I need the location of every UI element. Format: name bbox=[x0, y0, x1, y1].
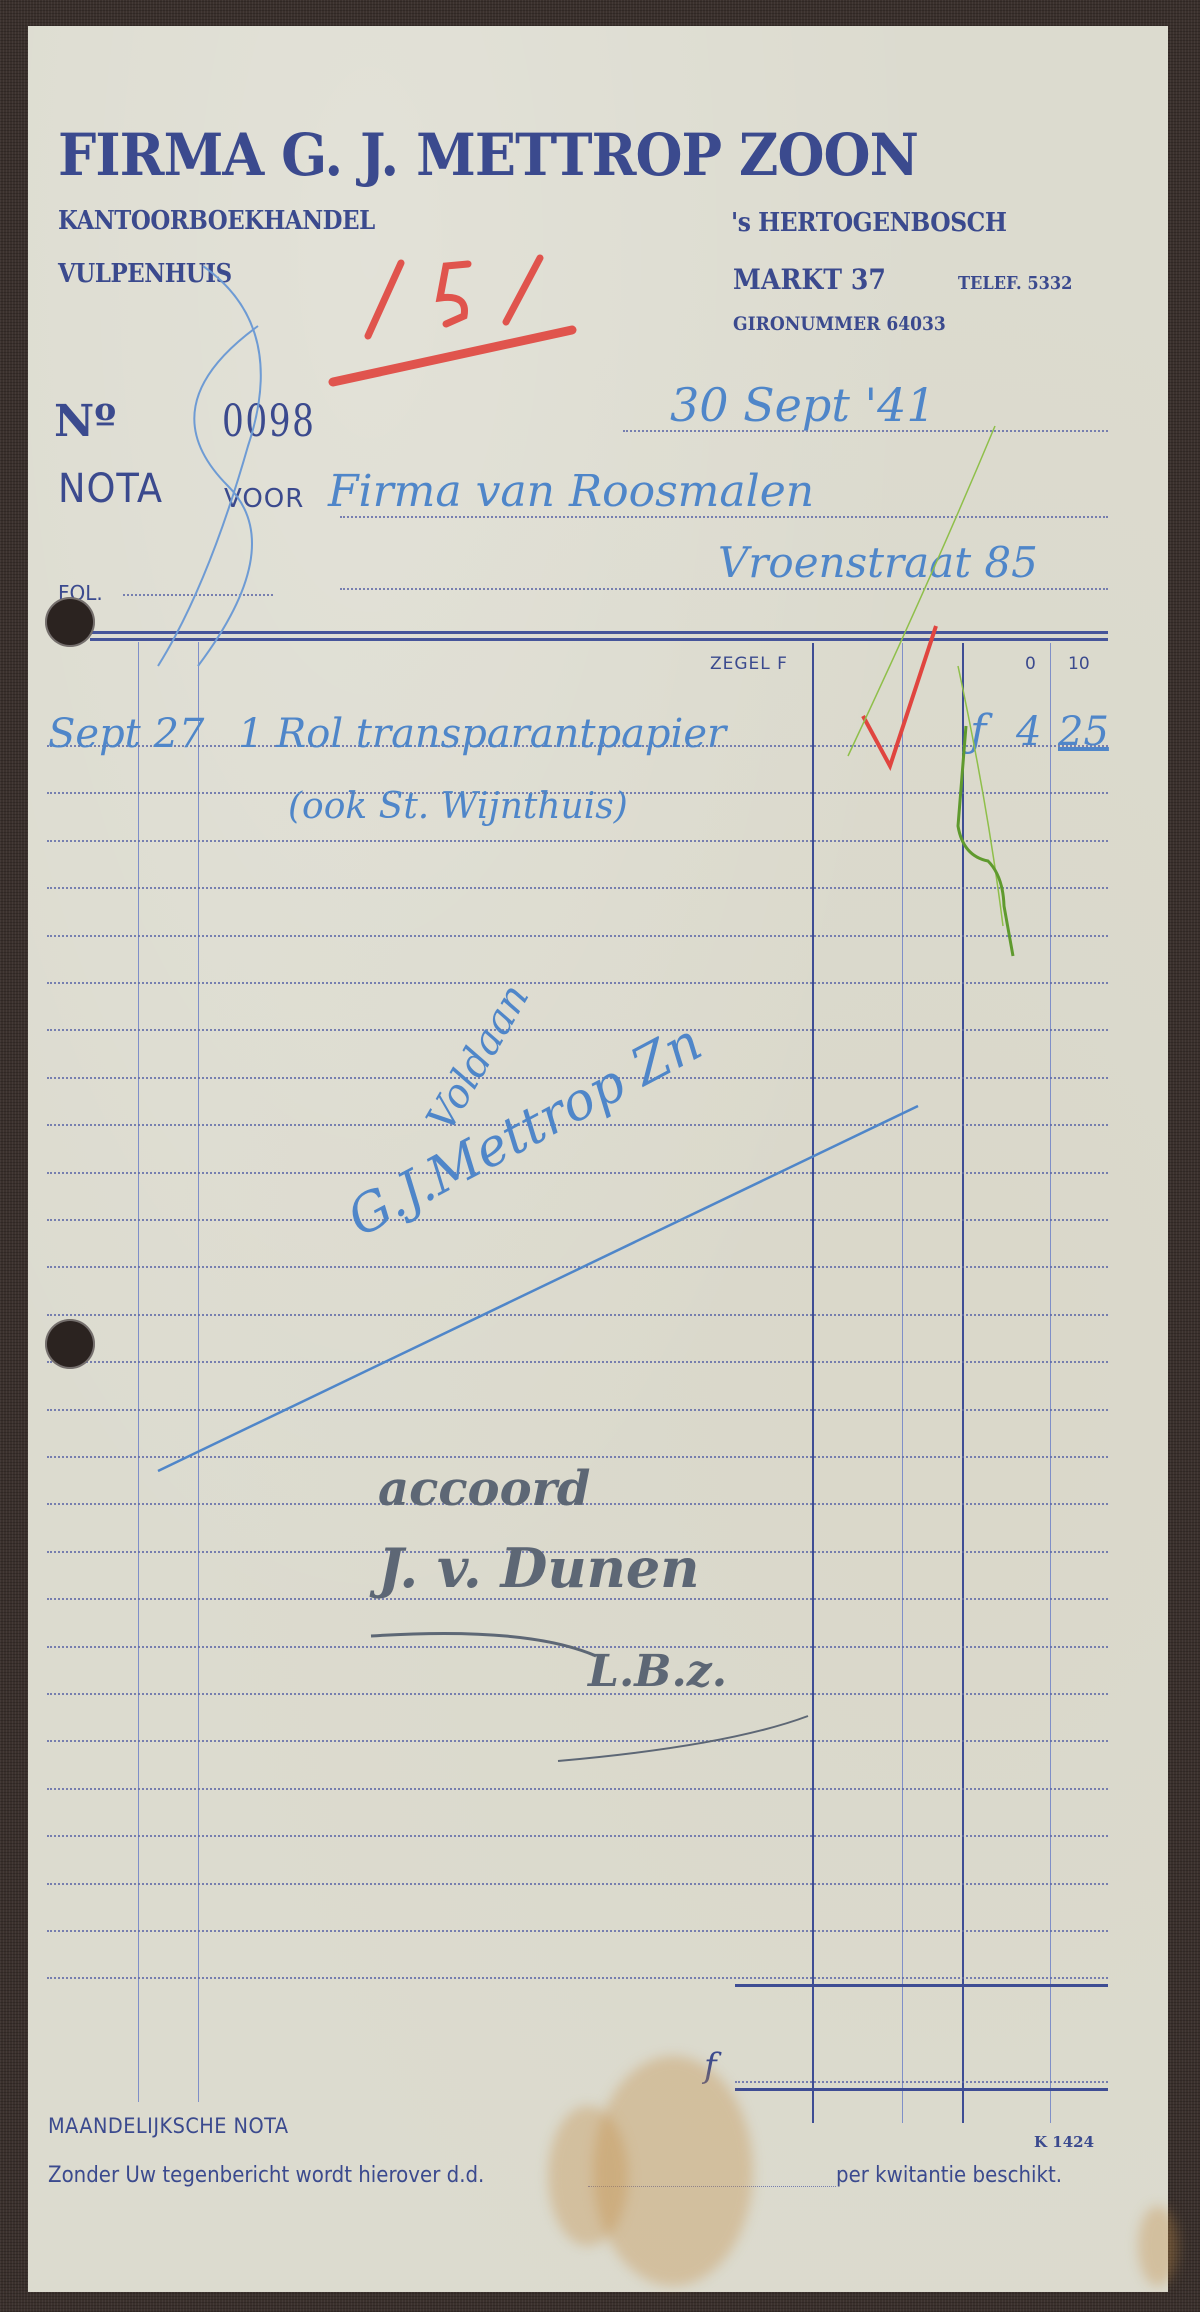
green-pencil-line bbox=[848, 426, 995, 756]
initials-underline bbox=[558, 1716, 808, 1761]
pen-strokes-overlay bbox=[28, 26, 1168, 2292]
invoice-paper: FIRMA G. J. METTROP ZOON KANTOORBOEKHAND… bbox=[28, 26, 1168, 2292]
approval-underline bbox=[371, 1634, 596, 1657]
red-mark-icon bbox=[333, 258, 572, 382]
green-tick-icon bbox=[958, 726, 1013, 956]
green-pencil-line bbox=[958, 666, 1003, 926]
signature-underline bbox=[158, 1106, 918, 1471]
red-checkmark-icon bbox=[863, 626, 936, 766]
blue-flourish bbox=[158, 266, 261, 666]
blue-flourish bbox=[194, 326, 258, 666]
